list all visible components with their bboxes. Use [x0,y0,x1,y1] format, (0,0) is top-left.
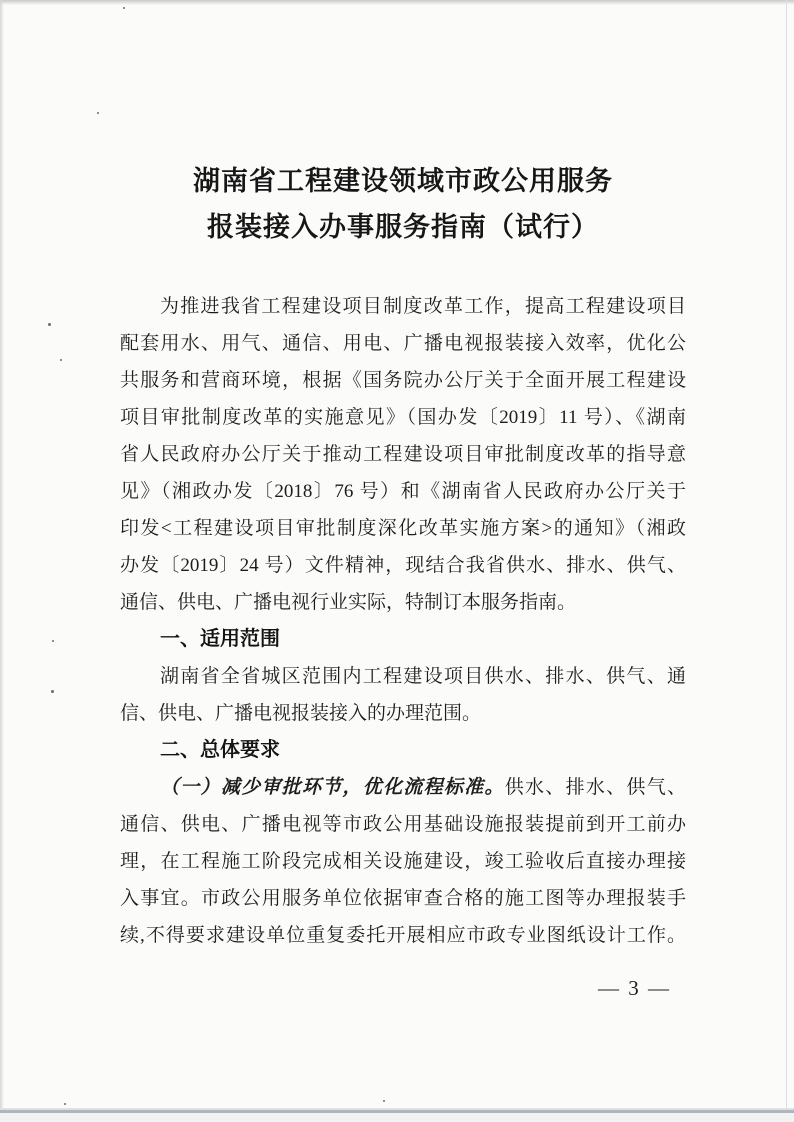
section-heading: 一、适用范围 [120,621,686,658]
text-segment: 续,不得要求建设单位重复委托开展相应市政专业图纸设计工作。 [120,925,686,946]
paragraph: （一）减少审批环节，优化流程标准。供水、排水、供气、通信、供电、广播电视等市政公… [120,769,686,954]
text-line: 印发<工程建设项目审批制度深化改革实施方案>的通知》（湘政 [120,510,686,547]
scan-speck [383,1100,385,1102]
text-segment: 通信、供电、广播电视等市政公用基础设施报装提前到开工前办 [120,814,686,835]
text-segment: 省人民政府办公厅关于推动工程建设项目审批制度改革的指导意 [120,444,686,465]
text-line: 理，在工程施工阶段完成相关设施建设，竣工验收后直接办理接 [120,843,686,880]
text-line: 入事宜。市政公用服务单位依据审查合格的施工图等办理报装手 [120,880,686,917]
doc-title-line: 湖南省工程建设领域市政公用服务 [120,158,686,204]
text-segment: 入事宜。市政公用服务单位依据审查合格的施工图等办理报装手 [120,888,686,909]
text-segment: 项目审批制度改革的实施意见》（国办发〔2019〕11 号）、《湖南 [120,407,686,428]
doc-title-line: 报装接入办事服务指南（试行） [120,204,686,250]
text-line: 共服务和营商环境，根据《国务院办公厅关于全面开展工程建设 [120,362,686,399]
text-segment: 信、供电、广播电视报装接入的办理范围。 [120,703,481,724]
scan-edge-top [0,0,794,5]
scan-edge-left [0,0,4,1122]
scan-speck [51,690,54,693]
paragraph: 湖南省全省城区范围内工程建设项目供水、排水、供气、通信、供电、广播电视报装接入的… [120,658,686,732]
text-line: 湖南省全省城区范围内工程建设项目供水、排水、供气、通 [120,658,686,695]
doc-body: 为推进我省工程建设项目制度改革工作，提高工程建设项目配套用水、用气、通信、用电、… [120,288,686,954]
text-segment: 湖南省全省城区范围内工程建设项目供水、排水、供气、通 [160,666,686,687]
text-segment: 一、适用范围 [160,628,280,650]
text-segment: 通信、供电、广播电视行业实际，特制订本服务指南。 [120,592,576,613]
text-line: 见》（湘政办发〔2018〕76 号）和《湖南省人民政府办公厅关于 [120,473,686,510]
text-line: 续,不得要求建设单位重复委托开展相应市政专业图纸设计工作。 [120,917,686,954]
text-segment: 见》（湘政办发〔2018〕76 号）和《湖南省人民政府办公厅关于 [120,481,686,502]
text-line: （一）减少审批环节，优化流程标准。供水、排水、供气、 [120,769,686,806]
text-segment: 理，在工程施工阶段完成相关设施建设，竣工验收后直接办理接 [120,851,686,872]
text-line: 为推进我省工程建设项目制度改革工作，提高工程建设项目 [120,288,686,325]
scan-edge-bottom-band [0,1113,794,1122]
section-heading: 二、总体要求 [120,732,686,769]
text-segment: 为推进我省工程建设项目制度改革工作，提高工程建设项目 [160,296,686,317]
text-segment: 印发<工程建设项目审批制度深化改革实施方案>的通知》（湘政 [120,518,686,539]
text-line: 信、供电、广播电视报装接入的办理范围。 [120,695,686,732]
paragraph: 为推进我省工程建设项目制度改革工作，提高工程建设项目配套用水、用气、通信、用电、… [120,288,686,621]
emphasis-text: （一）减少审批环节，优化流程标准。 [160,777,505,798]
text-line: 通信、供电、广播电视行业实际，特制订本服务指南。 [120,584,686,621]
document-page: 湖南省工程建设领域市政公用服务报装接入办事服务指南（试行） 为推进我省工程建设项… [0,0,794,1122]
text-line: 办发〔2019〕24 号）文件精神，现结合我省供水、排水、供气、 [120,547,686,584]
text-line: 二、总体要求 [120,732,686,769]
scan-speck [123,7,125,9]
scan-speck [64,1103,66,1105]
scan-edge-right [786,0,787,1108]
text-line: 通信、供电、广播电视等市政公用基础设施报装提前到开工前办 [120,806,686,843]
text-segment: 二、总体要求 [160,739,280,761]
scan-speck [52,640,54,642]
text-line: 项目审批制度改革的实施意见》（国办发〔2019〕11 号）、《湖南 [120,399,686,436]
text-segment: 共服务和营商环境，根据《国务院办公厅关于全面开展工程建设 [120,370,686,391]
text-segment: 办发〔2019〕24 号）文件精神，现结合我省供水、排水、供气、 [120,555,686,576]
text-line: 省人民政府办公厅关于推动工程建设项目审批制度改革的指导意 [120,436,686,473]
scan-speck [48,323,51,326]
scan-speck [97,112,99,114]
scan-speck [60,359,62,361]
text-line: 一、适用范围 [120,621,686,658]
doc-title: 湖南省工程建设领域市政公用服务报装接入办事服务指南（试行） [120,158,686,250]
text-segment: 供水、排水、供气、 [505,777,686,798]
text-line: 配套用水、用气、通信、用电、广播电视报装接入效率，优化公 [120,325,686,362]
text-segment: 配套用水、用气、通信、用电、广播电视报装接入效率，优化公 [120,333,686,354]
page-number: — 3 — [598,976,671,1001]
